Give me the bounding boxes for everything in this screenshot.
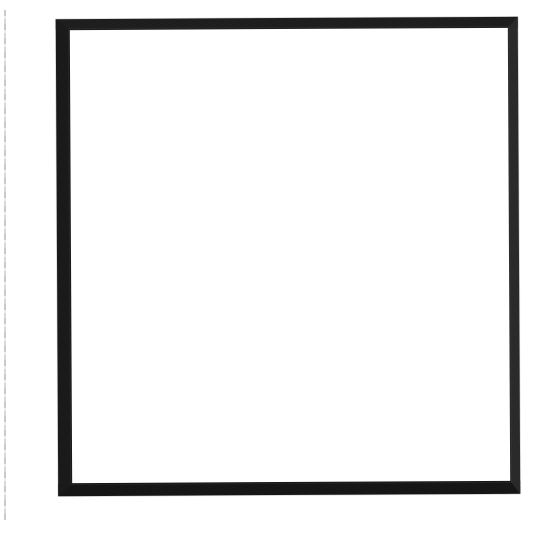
square-outline xyxy=(56,17,520,496)
scan-edge-line xyxy=(4,10,6,520)
